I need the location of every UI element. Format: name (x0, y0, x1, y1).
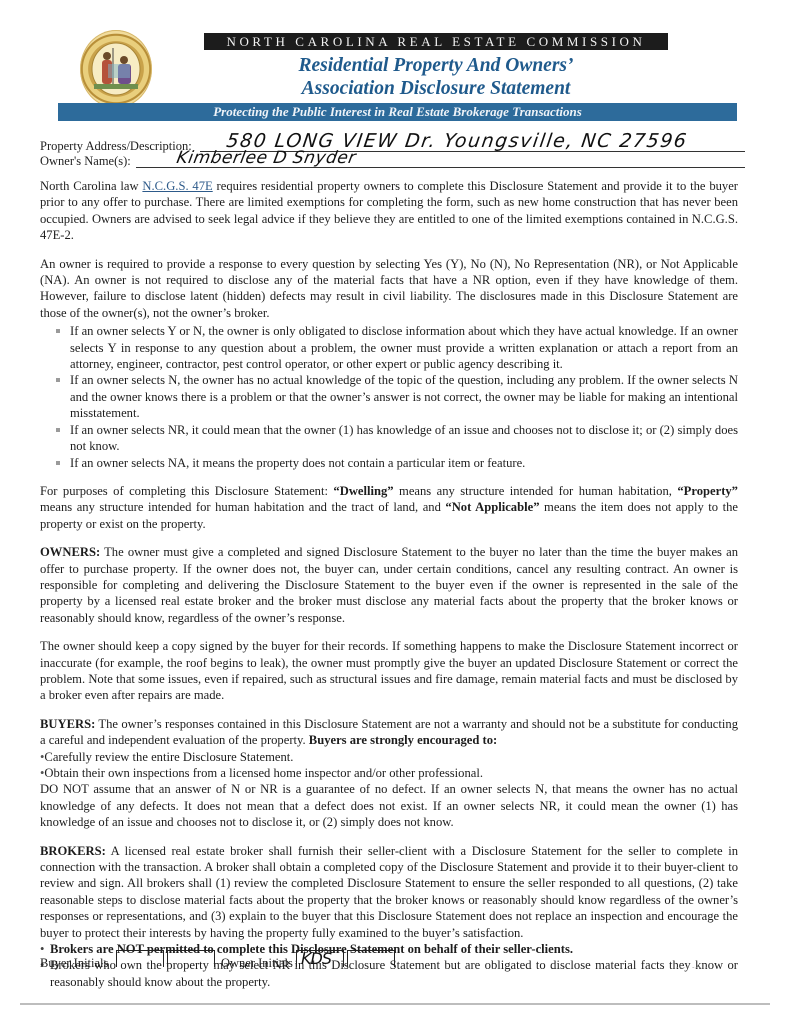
seal-figures-icon (80, 30, 152, 108)
buyers-heading: BUYERS: (40, 717, 95, 731)
document-title-line-2: Association Disclosure Statement (204, 78, 668, 100)
response-rules-list: If an owner selects Y or N, the owner is… (40, 323, 738, 471)
buyer-initials-label: Buyer Initials (40, 956, 108, 971)
definitions-paragraph: For purposes of completing this Disclosu… (40, 483, 738, 532)
owner-names-field: Owner's Name(s): Kimberlee D Snyder (40, 152, 746, 168)
buyer-tip-review: Carefully review the entire Disclosure S… (40, 749, 738, 765)
owner-copy-paragraph: The owner should keep a copy signed by t… (40, 638, 738, 704)
dwelling-term: “Dwelling” (333, 484, 393, 498)
buyers-encouraged: Buyers are strongly encouraged to: (309, 733, 497, 747)
owners-text: The owner must give a completed and sign… (40, 545, 738, 625)
ncgs-47e-link[interactable]: N.C.G.S. 47E (142, 179, 212, 193)
nc-state-seal-icon (80, 30, 152, 108)
tagline-banner: Protecting the Public Interest in Real E… (58, 103, 737, 121)
intro-paragraph: North Carolina law N.C.G.S. 47E requires… (40, 178, 738, 244)
rule-n: If an owner selects N, the owner has no … (60, 372, 738, 421)
response-rules-paragraph: An owner is required to provide a respon… (40, 256, 738, 322)
owner-initials-box-2[interactable] (347, 950, 395, 967)
owners-paragraph: OWNERS: The owner must give a completed … (40, 544, 738, 626)
buyers-list: Carefully review the entire Disclosure S… (40, 749, 738, 782)
property-term: “Property” (677, 484, 738, 498)
document-title-line-1: Residential Property And Owners’ (204, 55, 668, 77)
organization-banner: NORTH CAROLINA REAL ESTATE COMMISSION (204, 33, 668, 50)
intro-text-start: North Carolina law (40, 179, 142, 193)
definitions-text: means any structure intended for human h… (394, 484, 678, 498)
owner-names-value[interactable]: Kimberlee D Snyder (175, 148, 358, 168)
buyers-paragraph: BUYERS: The owner’s responses contained … (40, 716, 738, 749)
buyer-tip-inspection: Obtain their own inspections from a lice… (40, 765, 738, 781)
brokers-section: BROKERS: A licensed real estate broker s… (40, 843, 738, 991)
form-code: ---- --- - (676, 963, 708, 971)
page-bottom-rule (20, 1003, 770, 1005)
brokers-heading: BROKERS: (40, 844, 106, 858)
disclosure-body: North Carolina law N.C.G.S. 47E requires… (40, 178, 738, 990)
buyer-initials-box-1[interactable] (116, 950, 164, 967)
rule-nr: If an owner selects NR, it could mean th… (60, 422, 738, 455)
buyer-initials-box-2[interactable] (167, 950, 215, 967)
definitions-text: means any structure intended for human h… (40, 500, 445, 514)
owners-heading: OWNERS: (40, 545, 100, 559)
owner-initials-signature: KDS (301, 949, 331, 968)
owner-names-label: Owner's Name(s): (40, 154, 131, 169)
property-address-field: Property Address/Description: 580 LONG V… (40, 136, 746, 152)
buyer-tip-text: Obtain their own inspections from a lice… (44, 766, 483, 780)
definitions-text: For purposes of completing this Disclosu… (40, 484, 333, 498)
buyers-section: BUYERS: The owner’s responses contained … (40, 716, 738, 831)
owner-initials-box-1[interactable]: KDS (296, 950, 344, 967)
brokers-paragraph: BROKERS: A licensed real estate broker s… (40, 843, 738, 941)
brokers-text: A licensed real estate broker shall furn… (40, 844, 738, 940)
buyer-tip-text: Carefully review the entire Disclosure S… (44, 750, 293, 764)
rule-na: If an owner selects NA, it means the pro… (60, 455, 738, 471)
buyers-warning: DO NOT assume that an answer of N or NR … (40, 781, 738, 830)
not-applicable-term: “Not Applicable” (445, 500, 539, 514)
owner-initials-label: Owner Initials (221, 956, 293, 971)
rule-y-or-n: If an owner selects Y or N, the owner is… (60, 323, 738, 372)
